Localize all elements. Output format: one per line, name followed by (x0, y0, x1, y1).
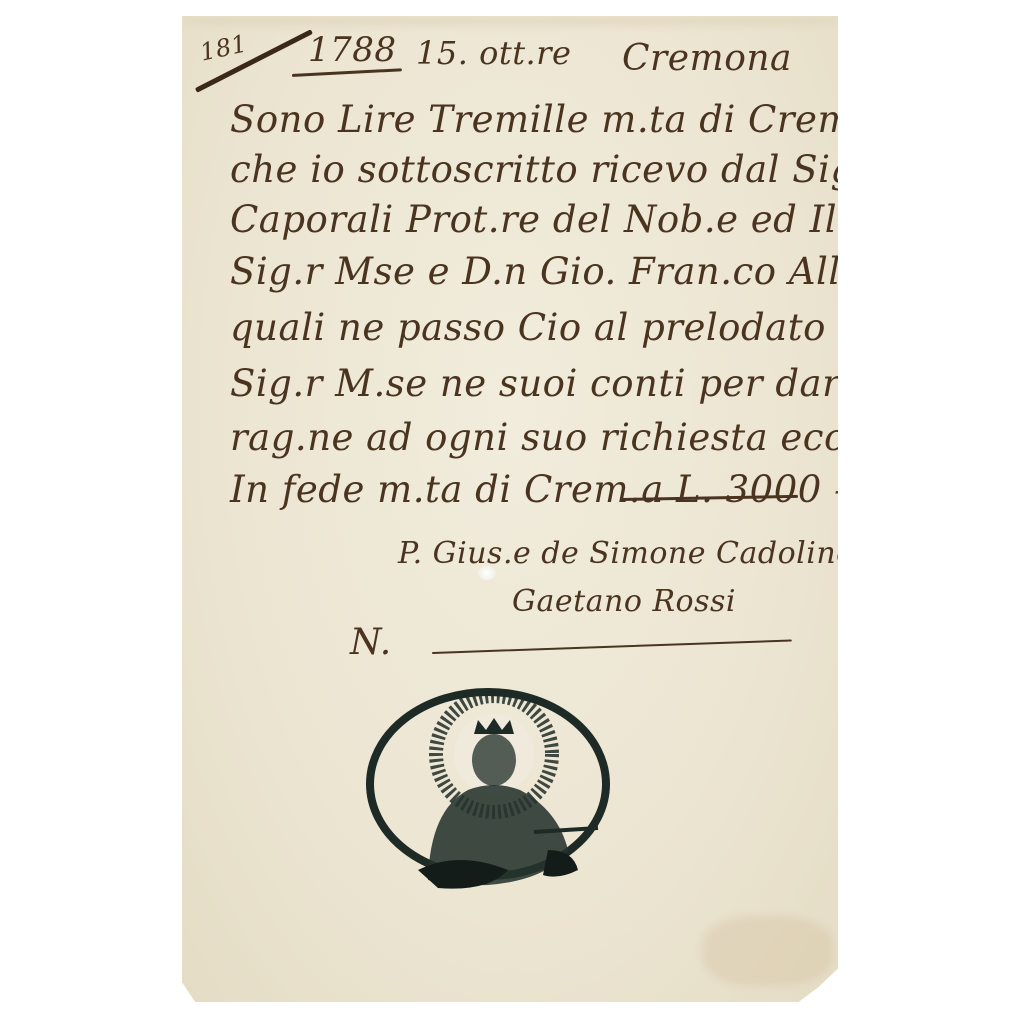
header-date: 15. ott.re (416, 34, 571, 72)
madonna-stamp-icon (358, 680, 616, 890)
body-line-1: Sono Lire Tremille m.ta di Crem.a (230, 98, 888, 141)
header-year: 1788 (308, 30, 397, 70)
body-line-5: quali ne passo Cio al prelodato (230, 306, 826, 349)
corner-stain (702, 916, 832, 986)
reference-number: 181 (198, 29, 250, 66)
body-line-4: Sig.r Mse e D.n Gio. Fran.co Alli delle (230, 250, 959, 293)
body-line-2: che io sottoscritto ricevo dal Sig.r Gio… (230, 148, 1024, 191)
body-line-8: In fede m.ta di Crem.a L. 3000 — (230, 468, 872, 511)
signature-mark: N. (350, 622, 392, 663)
signature-underline (432, 639, 792, 654)
body-line-6: Sig.r M.se ne suoi conti per darsiene (230, 362, 941, 405)
document-paper: 181 1788 15. ott.re Cremona Sono Lire Tr… (182, 16, 838, 1002)
header-place: Cremona (622, 38, 792, 79)
paper-pinhole (478, 566, 496, 580)
signature-line-1: P. Gius.e de Simone Cadolino (398, 536, 855, 571)
signature-line-2: Gaetano Rossi (512, 584, 736, 619)
paper-edge-stain (182, 16, 838, 26)
body-line-3: Caporali Prot.re del Nob.e ed Ill. (230, 198, 862, 241)
body-line-7: rag.ne ad ogni suo richiesta ecc. (230, 416, 858, 459)
